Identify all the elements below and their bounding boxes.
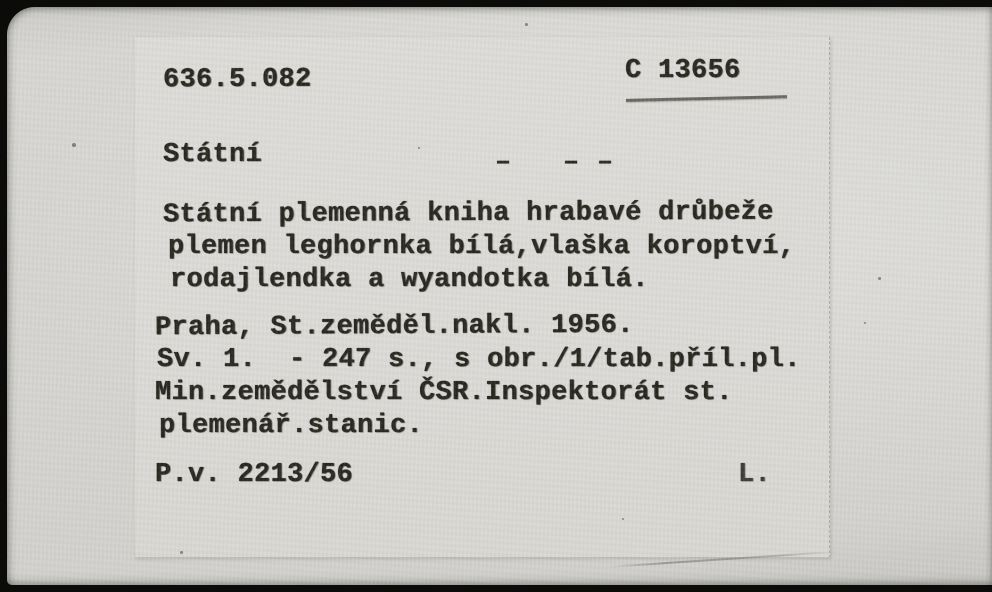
record-number: P.v. 2213/56 <box>155 459 353 492</box>
title-line: Státní plemenná kniha hrabavé drůbeže <box>163 197 774 233</box>
catalog-card: 636.5.082 C 13656 Státní – – – Státní pl… <box>7 7 992 585</box>
paper-speck <box>72 143 76 147</box>
imprint-line: plemenář.stanic. <box>159 410 423 443</box>
paper-speck <box>418 147 420 149</box>
paper-speck <box>525 23 528 26</box>
heading: Státní <box>163 139 262 172</box>
scanned-catalog-card: 636.5.082 C 13656 Státní – – – Státní pl… <box>0 0 992 592</box>
paper-speck <box>180 551 183 554</box>
imprint-line: Praha, St.zeměděl.nakl. 1956. <box>155 310 634 346</box>
paper-speck <box>878 277 881 280</box>
typed-dash: – <box>597 147 613 180</box>
imprint-line: Sv. 1. - 247 s., s obr./1/tab.příl.pl. <box>157 344 801 377</box>
title-line: plemen leghornka bílá,vlaška koroptví, <box>168 231 795 264</box>
classification-number: 636.5.082 <box>163 64 312 98</box>
paper-speck <box>864 322 866 324</box>
imprint-line: Min.zemědělství ČSR.Inspektorát st. <box>155 377 733 410</box>
size-letter: L. <box>738 459 771 492</box>
typed-dash: – <box>495 147 511 180</box>
typed-dash: – <box>563 147 579 180</box>
call-number: C 13656 <box>625 55 741 88</box>
title-line: rodajlendka a wyandotka bílá. <box>170 264 649 297</box>
paper-speck <box>622 518 624 520</box>
